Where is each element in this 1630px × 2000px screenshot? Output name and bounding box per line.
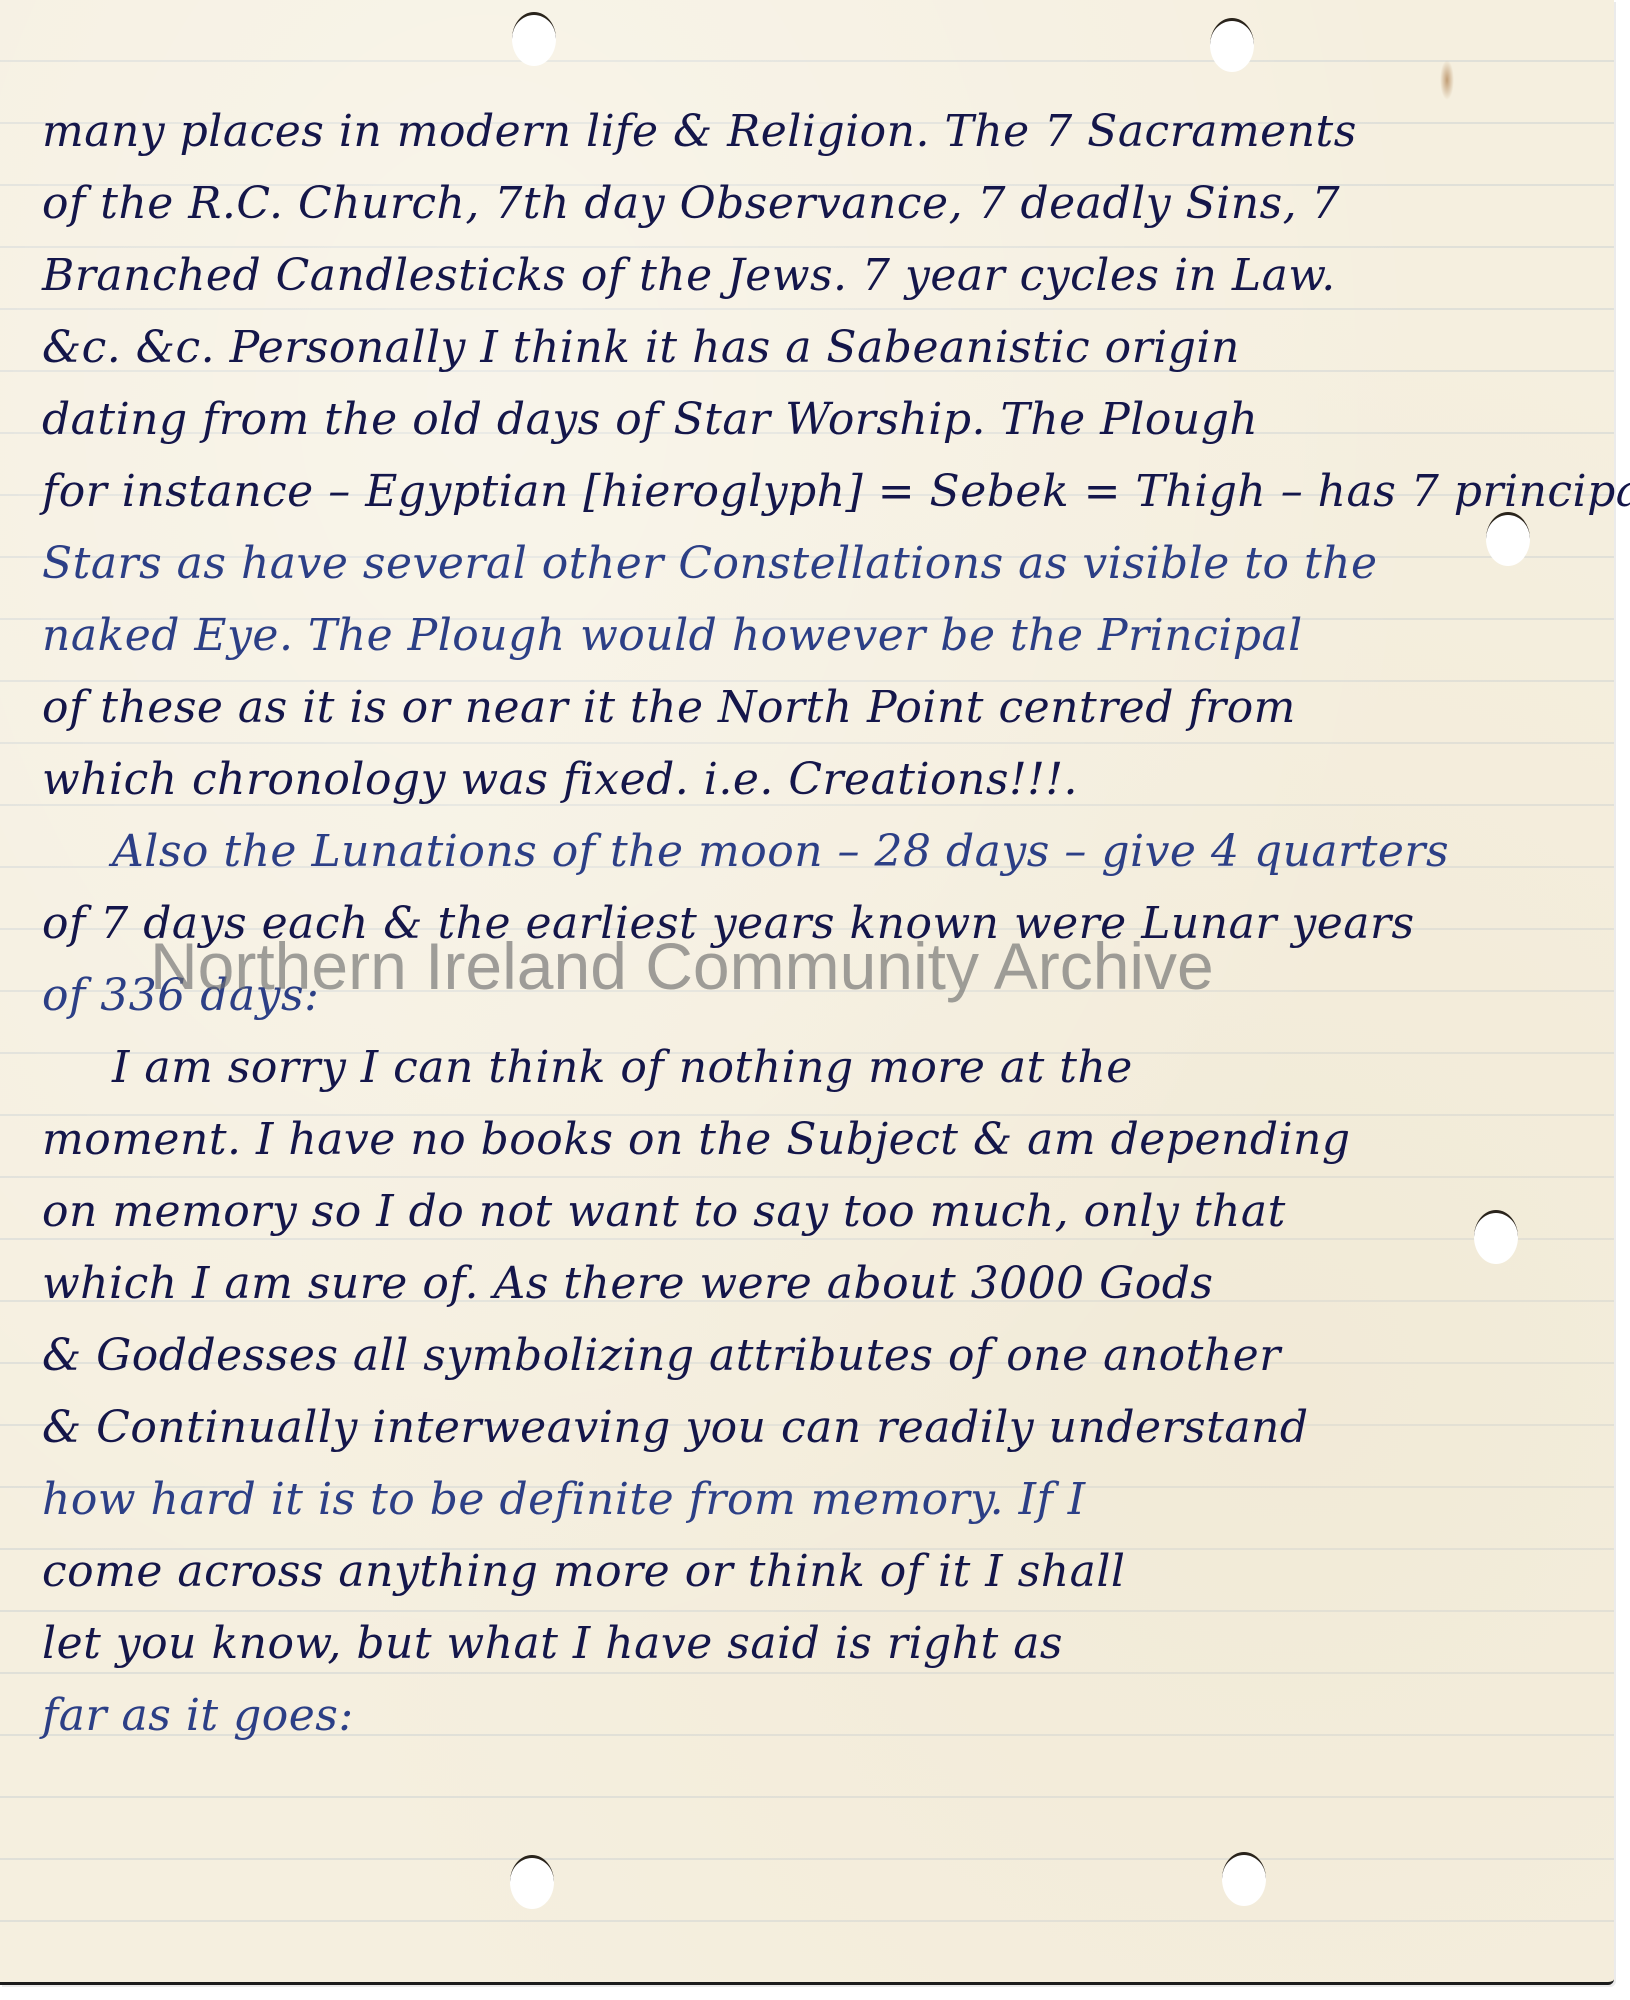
text-line: & Goddesses all symbolizing attributes o… bbox=[42, 1320, 1582, 1392]
text-line: of the R.C. Church, 7th day Observance, … bbox=[42, 168, 1582, 240]
text-line: Branched Candlesticks of the Jews. 7 yea… bbox=[42, 240, 1582, 312]
paragraph-start-line: I am sorry I can think of nothing more a… bbox=[42, 1032, 1582, 1104]
letter-page: many places in modern life & Religion. T… bbox=[0, 0, 1614, 1985]
text-line: let you know, but what I have said is ri… bbox=[42, 1608, 1582, 1680]
text-line: of these as it is or near it the North P… bbox=[42, 672, 1582, 744]
punch-hole-bottom-left bbox=[510, 1855, 554, 1909]
punch-hole-top-left bbox=[512, 12, 556, 66]
punch-hole-top-right bbox=[1210, 18, 1254, 72]
text-line: which I am sure of. As there were about … bbox=[42, 1248, 1582, 1320]
text-line: naked Eye. The Plough would however be t… bbox=[42, 600, 1582, 672]
text-line: of 336 days: bbox=[42, 960, 1582, 1032]
text-line: far as it goes: bbox=[42, 1680, 1582, 1752]
handwritten-text: many places in modern life & Religion. T… bbox=[42, 96, 1582, 1752]
text-line: how hard it is to be definite from memor… bbox=[42, 1464, 1582, 1536]
text-line: for instance – Egyptian [hieroglyph] = S… bbox=[42, 456, 1582, 528]
rust-stain bbox=[1440, 60, 1454, 100]
text-line: which chronology was fixed. i.e. Creatio… bbox=[42, 744, 1582, 816]
text-line: dating from the old days of Star Worship… bbox=[42, 384, 1582, 456]
text-line: come across anything more or think of it… bbox=[42, 1536, 1582, 1608]
text-line: moment. I have no books on the Subject &… bbox=[42, 1104, 1582, 1176]
text-line: Stars as have several other Constellatio… bbox=[42, 528, 1582, 600]
text-line: on memory so I do not want to say too mu… bbox=[42, 1176, 1582, 1248]
text-line: many places in modern life & Religion. T… bbox=[42, 96, 1582, 168]
text-line: & Continually interweaving you can readi… bbox=[42, 1392, 1582, 1464]
punch-hole-bottom-right bbox=[1222, 1852, 1266, 1906]
text-line: &c. &c. Personally I think it has a Sabe… bbox=[42, 312, 1582, 384]
text-line: of 7 days each & the earliest years know… bbox=[42, 888, 1582, 960]
paragraph-start-line: Also the Lunations of the moon – 28 days… bbox=[42, 816, 1582, 888]
